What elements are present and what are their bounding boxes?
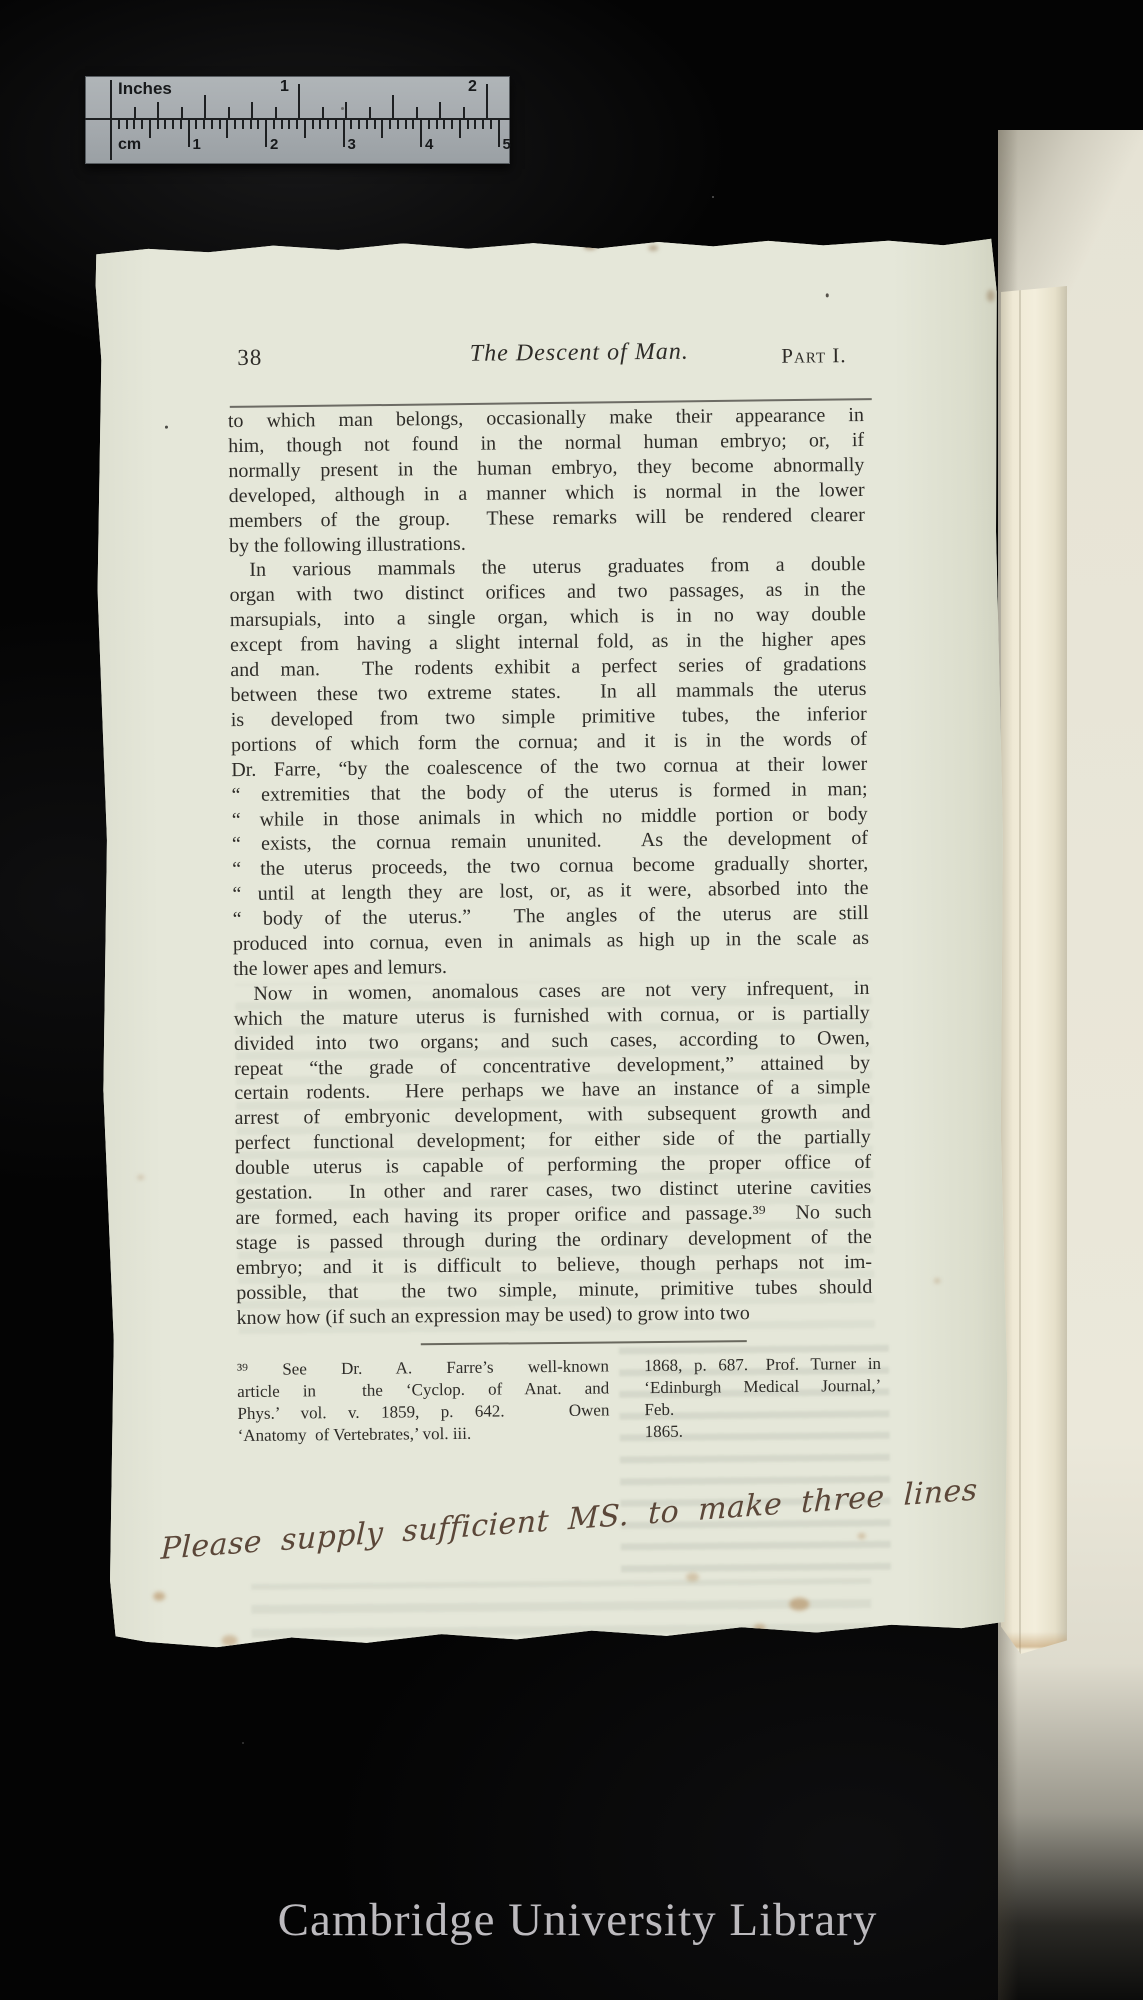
cm-tick: [343, 120, 345, 147]
inch-tick: [345, 102, 347, 118]
cm-tick: [366, 120, 368, 129]
text-line: 1865.: [645, 1419, 882, 1443]
cm-tick: [304, 120, 306, 138]
cm-tick: [335, 120, 337, 129]
inch-tick: [251, 102, 253, 118]
cm-number: 5: [503, 136, 511, 153]
cm-tick: [412, 120, 414, 129]
cm-tick: [467, 120, 469, 129]
ruler-inches-label: Inches: [118, 79, 172, 99]
page-content: 38 The Descent of Man. Part I. to which …: [88, 232, 1017, 1665]
cm-tick: [389, 120, 391, 129]
cm-tick: [141, 120, 143, 129]
inch-tick: [463, 107, 465, 118]
ink-speck: [165, 426, 168, 429]
cm-tick: [474, 120, 476, 129]
body-text: to which man belongs, occasionally make …: [228, 403, 873, 1331]
cm-tick: [443, 120, 445, 129]
cm-tick: [195, 120, 197, 129]
inch-tick: [322, 107, 324, 118]
cm-tick: [242, 120, 244, 129]
cm-tick: [219, 120, 221, 129]
cm-number: 2: [270, 136, 278, 153]
dust-speck: [242, 1742, 244, 1744]
ruler-cm-label: cm: [118, 136, 141, 154]
cm-number: 1: [193, 136, 201, 153]
cm-tick: [126, 120, 128, 129]
scan-stage: Inches cm 1212345 38 The Descent of Man.…: [0, 0, 1143, 2000]
footnote-rule: [421, 1340, 747, 1345]
cm-tick: [250, 120, 252, 129]
text-line: Phys.’ vol. v. 1859, p. 642. Owen: [237, 1399, 609, 1425]
cm-tick: [180, 120, 182, 129]
page-number: 38: [237, 345, 262, 371]
cm-tick: [296, 120, 298, 129]
running-title: The Descent of Man.: [339, 337, 819, 369]
book-fore-edge: [1001, 286, 1067, 1654]
footnote-column-2: 1868, p. 687. Prof. Turner in‘Edinburgh …: [644, 1353, 882, 1443]
inch-number: 1: [280, 78, 289, 96]
inch-tick: [416, 107, 418, 118]
cm-tick: [288, 120, 290, 129]
text-line: ‘Edinburgh Medical Journal,’ Feb.: [644, 1375, 881, 1421]
part-label: Part I.: [781, 343, 847, 369]
ink-speck: [826, 293, 829, 297]
cm-tick: [381, 120, 383, 138]
cm-tick: [350, 120, 352, 129]
inch-tick: [228, 107, 230, 118]
footnote-column-1: ³⁹ See Dr. A. Farre’s well-knownarticle …: [237, 1355, 610, 1447]
cm-tick: [405, 120, 407, 129]
cm-tick: [188, 120, 190, 147]
text-line: 1868, p. 687. Prof. Turner in: [644, 1353, 881, 1377]
foxing-spot: [137, 1175, 144, 1180]
cm-tick: [451, 120, 453, 129]
cm-tick: [319, 120, 321, 129]
foxing-spot: [222, 1635, 238, 1646]
inch-tick: [134, 107, 136, 118]
text-line: ‘Anatomy of Vertebrates,’ vol. iii.: [238, 1421, 610, 1447]
inch-tick: [439, 102, 441, 118]
library-caption: Cambridge University Library: [6, 1893, 1143, 1947]
inch-tick: [486, 84, 488, 118]
cm-tick: [149, 120, 151, 138]
cm-tick: [358, 120, 360, 129]
cm-tick: [436, 120, 438, 129]
scanned-page: 38 The Descent of Man. Part I. to which …: [88, 232, 1017, 1665]
edge-stain: [648, 245, 658, 251]
cm-tick: [273, 120, 275, 129]
cm-tick: [459, 120, 461, 138]
cm-tick: [420, 120, 422, 147]
cm-tick: [164, 120, 166, 129]
inch-tick: [157, 102, 159, 118]
cm-tick: [157, 120, 159, 129]
cm-tick: [172, 120, 174, 129]
cm-tick: [374, 120, 376, 129]
dust-speck: [712, 196, 714, 198]
inch-tick: [275, 107, 277, 118]
cm-tick: [211, 120, 213, 129]
cm-tick: [265, 120, 267, 147]
cm-tick: [490, 120, 492, 129]
cm-tick: [281, 120, 283, 129]
ruler: Inches cm 1212345: [85, 76, 510, 164]
cm-tick: [428, 120, 430, 129]
inch-tick: [181, 107, 183, 118]
inch-tick: [204, 95, 206, 118]
foxing-spot: [153, 1592, 165, 1601]
cm-number: 4: [425, 136, 433, 153]
inch-tick: [392, 95, 394, 118]
cm-tick: [226, 120, 228, 138]
cm-tick: [203, 120, 205, 129]
ruler-zero-line: [110, 80, 112, 160]
foxing-spot: [686, 1573, 699, 1582]
cm-tick: [234, 120, 236, 129]
cm-tick: [118, 120, 120, 129]
foxing-spot: [934, 1278, 940, 1283]
cm-tick: [327, 120, 329, 129]
inch-number: 2: [468, 78, 477, 96]
foxing-spot: [858, 1533, 866, 1539]
cm-tick: [312, 120, 314, 129]
cm-tick: [133, 120, 135, 129]
cm-tick: [397, 120, 399, 129]
cm-tick: [482, 120, 484, 129]
cm-tick: [498, 120, 500, 147]
dust-speck: [341, 107, 344, 110]
cm-tick: [257, 120, 259, 129]
inch-tick: [369, 107, 371, 118]
edge-stain: [987, 290, 995, 302]
inch-tick: [298, 84, 300, 118]
cm-number: 3: [348, 136, 356, 153]
